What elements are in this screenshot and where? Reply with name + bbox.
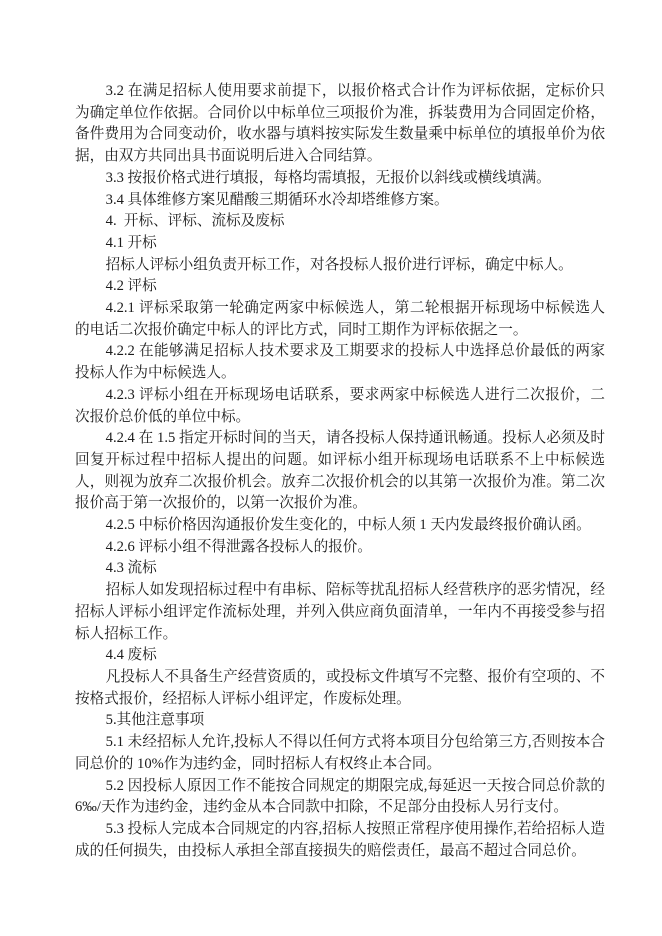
heading-4-3: 4.3 流标 xyxy=(75,558,605,580)
para-4-4-body: 凡投标人不具备生产经营资质的，或投标文件填写不完整、报价有空项的、不按格式报价，… xyxy=(75,667,605,710)
document-content: 3.2 在满足招标人使用要求前提下，以报价格式合计作为评标依据，定标价只为确定单… xyxy=(75,81,605,862)
para-3-2: 3.2 在满足招标人使用要求前提下，以报价格式合计作为评标依据，定标价只为确定单… xyxy=(75,81,605,168)
heading-5: 5.其他注意事项 xyxy=(75,710,605,732)
para-4-2-4: 4.2.4 在 1.5 指定开标时间的当天，请各投标人保持通讯畅通。投标人必须及… xyxy=(75,428,605,515)
para-3-4: 3.4 具体维修方案见醋酸三期循环水冷却塔维修方案。 xyxy=(75,190,605,212)
para-4-2-2: 4.2.2 在能够满足招标人技术要求及工期要求的投标人中选择总价最低的两家投标人… xyxy=(75,341,605,384)
heading-4: 4. 开标、评标、流标及废标 xyxy=(75,211,605,233)
para-4-1-body: 招标人评标小组负责开标工作，对各投标人报价进行评标，确定中标人。 xyxy=(75,255,605,277)
para-4-2-1: 4.2.1 评标采取第一轮确定两家中标候选人，第二轮根据开标现场中标候选人的电话… xyxy=(75,298,605,341)
heading-4-4: 4.4 废标 xyxy=(75,645,605,667)
para-5-1: 5.1 未经招标人允许,投标人不得以任何方式将本项目分包给第三方,否则按本合同总… xyxy=(75,732,605,775)
para-4-3-body: 招标人如发现招标过程中有串标、陪标等扰乱招标人经营秩序的恶劣情况，经招标人评标小… xyxy=(75,580,605,645)
para-5-3: 5.3 投标人完成本合同规定的内容,招标人按照正常程序使用操作,若给招标人造成的… xyxy=(75,819,605,862)
para-4-2-5: 4.2.5 中标价格因沟通报价发生变化的，中标人须 1 天内发最终报价确认函。 xyxy=(75,515,605,537)
para-3-3: 3.3 按报价格式进行填报，每格均需填报，无报价以斜线或横线填满。 xyxy=(75,168,605,190)
para-4-2-6: 4.2.6 评标小组不得泄露各投标人的报价。 xyxy=(75,537,605,559)
heading-4-2: 4.2 评标 xyxy=(75,276,605,298)
document-page: 3.2 在满足招标人使用要求前提下，以报价格式合计作为评标依据，定标价只为确定单… xyxy=(0,0,662,936)
heading-4-1: 4.1 开标 xyxy=(75,233,605,255)
para-4-2-3: 4.2.3 评标小组在开标现场电话联系，要求两家中标候选人进行二次报价，二次报价… xyxy=(75,385,605,428)
para-5-2: 5.2 因投标人原因工作不能按合同规定的期限完成,每延迟一天按合同总价款的6‰/… xyxy=(75,776,605,819)
